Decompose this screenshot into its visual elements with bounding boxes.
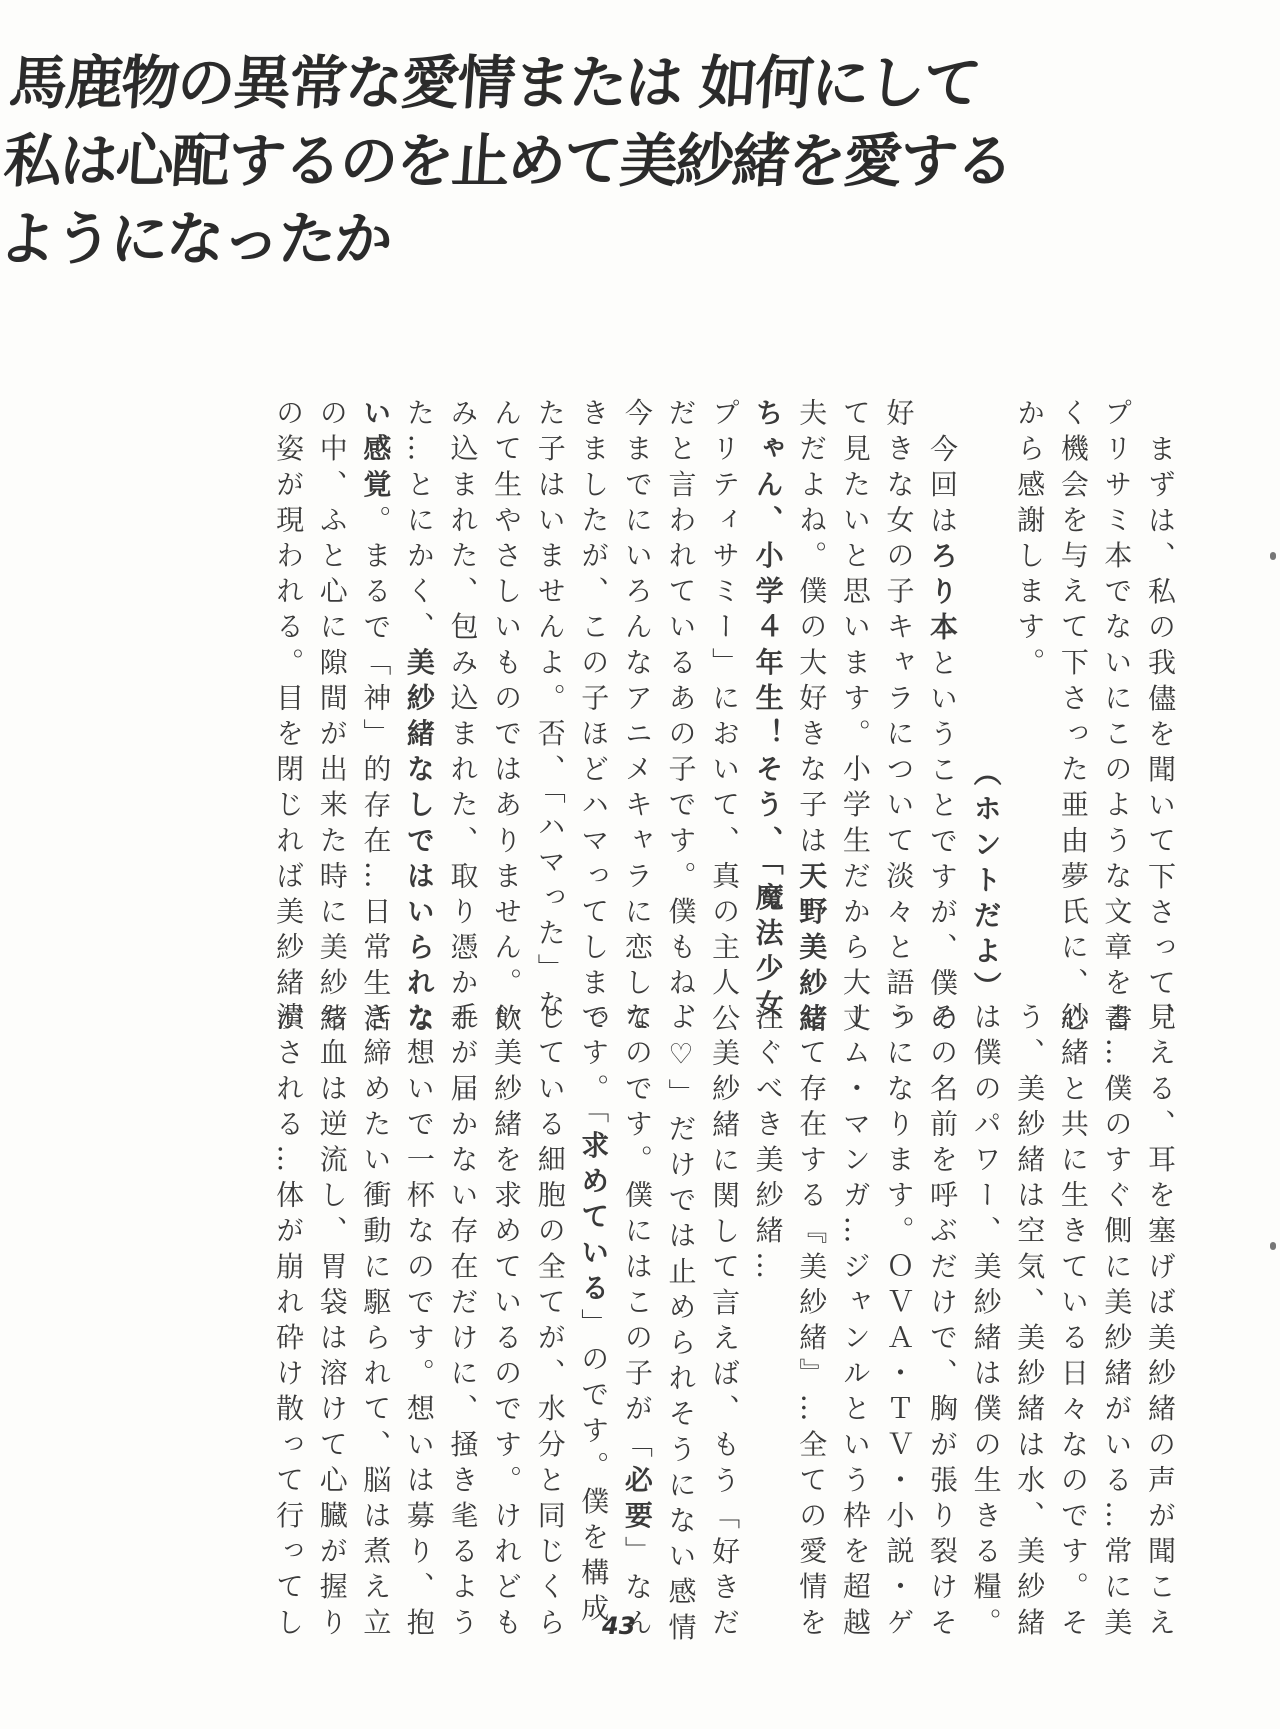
text-column: く機会を与えて下さった亜由夢氏に、心: [1051, 398, 1095, 918]
text-column: きましたが、この子ほどハマってしまっ: [572, 398, 616, 918]
page-number: 43: [602, 1612, 635, 1640]
text-column: の中、ふと心に隙間が出来た時に美紗緒: [310, 398, 354, 918]
text-column: 夫だよね。僕の大好きな子は天野美紗緒: [790, 398, 834, 918]
text-column: た…とにかく、美紗緒なしではいられな: [397, 398, 441, 918]
text-column: だと言われているあの子です。僕もね、: [659, 398, 703, 918]
scan-speck: [1270, 552, 1276, 560]
text-column: その名前を呼ぶだけで、胸が張り裂けそ: [920, 1002, 964, 1522]
text-column: 今までにいろんなアニメキャラに恋して: [615, 398, 659, 918]
text-column: 美紗緒に関して言えば、もう「好きだ: [702, 1002, 746, 1522]
emphasis-text: 美紗緒なしではいられな: [403, 647, 436, 1039]
text-column: プリサミ本でないにこのような文章を書: [1095, 398, 1139, 918]
text-column: うになります。ＯＶＡ・ＴＶ・小説・ゲ: [877, 1002, 921, 1522]
text-column: 潰される…体が崩れ砕け散って行ってし: [267, 1002, 311, 1522]
text-column: している細胞の全てが、水分と同じくら: [528, 1002, 572, 1522]
text-column: た子はいませんよ。否、「ハマった」な: [528, 398, 572, 918]
text-column: ち血は逆流し、胃袋は溶けて心臓が握り: [310, 1002, 354, 1522]
title-line-2: 私は心配するのを止めて美紗緒を愛する: [1, 122, 1066, 200]
text-column: から感謝します。: [1008, 398, 1052, 918]
text-column: き締めたい衝動に駆られて、脳は煮え立: [354, 1002, 398, 1522]
text-column: 今回はろり本ということですが、僕の: [920, 398, 964, 918]
text-column: ーム・マンガ…ジャンルという枠を超越: [833, 1002, 877, 1522]
emphasis-text: 必要: [621, 1465, 654, 1536]
scan-speck: [1270, 1242, 1276, 1250]
text-column: み込まれた、包み込まれた、取り憑かれ: [441, 398, 485, 918]
text-column: して存在する『美紗緒』…全ての愛情を: [790, 1002, 834, 1522]
text-column: い感覚。まるで「神」的存在…日常生活: [354, 398, 398, 918]
text-column: て見たいと思います。小学生だから大丈: [833, 398, 877, 918]
text-column: です。「求めている」のです。僕を構成: [572, 1002, 616, 1522]
text-column: （ホントだよ）: [964, 398, 1008, 918]
text-column: い美紗緒を求めているのです。けれども: [485, 1002, 529, 1522]
text-column: んて生やさしいものではありません。飲: [485, 398, 529, 918]
text-column: 紗緒と共に生きている日々なのです。そ: [1051, 1002, 1095, 1522]
text-column: る…僕のすぐ側に美紗緒がいる…常に美: [1095, 1002, 1139, 1522]
handwritten-title: 馬鹿物の異常な愛情または 如何にして 私は心配するのを止めて美紗緒を愛する よう…: [0, 44, 1072, 278]
title-line-1: 馬鹿物の異常な愛情または 如何にして: [7, 44, 1072, 122]
text-column: は僕のパワー、美紗緒は僕の生きる糧。: [964, 1002, 1008, 1522]
title-line-3: ようになったか: [0, 200, 1061, 278]
text-column: よ♡」だけでは止められそうにない感情: [659, 1002, 703, 1522]
body-text-bottom-block: 見える、耳を塞げば美紗緒の声が聞こえる…僕のすぐ側に美紗緒がいる…常に美紗緒と共…: [282, 1002, 1182, 1522]
text-column: う、美紗緒は空気、美紗緒は水、美紗緒: [1008, 1002, 1052, 1522]
text-column: プリティサミー」において、真の主人公: [702, 398, 746, 918]
text-column: の姿が現われる。目を閉じれば美紗緒が: [267, 398, 311, 918]
body-text-top-block: まずは、私の我儘を聞いて下さって、プリサミ本でないにこのような文章を書く機会を与…: [282, 398, 1182, 918]
emphasis-text: 求めている: [577, 1130, 610, 1308]
text-column: 好きな女の子キャラについて淡々と語っ: [877, 398, 921, 918]
text-column: ちゃん、小学４年生！そう、「魔法少女: [746, 398, 790, 918]
emphasis-text: い感覚: [359, 398, 392, 505]
text-column: 手が届かない存在だけに、掻き毟るよう: [441, 1002, 485, 1522]
text-column: 注ぐべき美紗緒…: [746, 1002, 790, 1522]
text-column: 見える、耳を塞げば美紗緒の声が聞こえ: [1138, 1002, 1182, 1522]
text-column: な想いで一杯なのです。想いは募り、抱: [397, 1002, 441, 1522]
text-column: なのです。僕にはこの子が「必要」なん: [615, 1002, 659, 1522]
emphasis-text: ろり本: [926, 540, 959, 647]
text-column: まずは、私の我儘を聞いて下さって、: [1138, 398, 1182, 918]
